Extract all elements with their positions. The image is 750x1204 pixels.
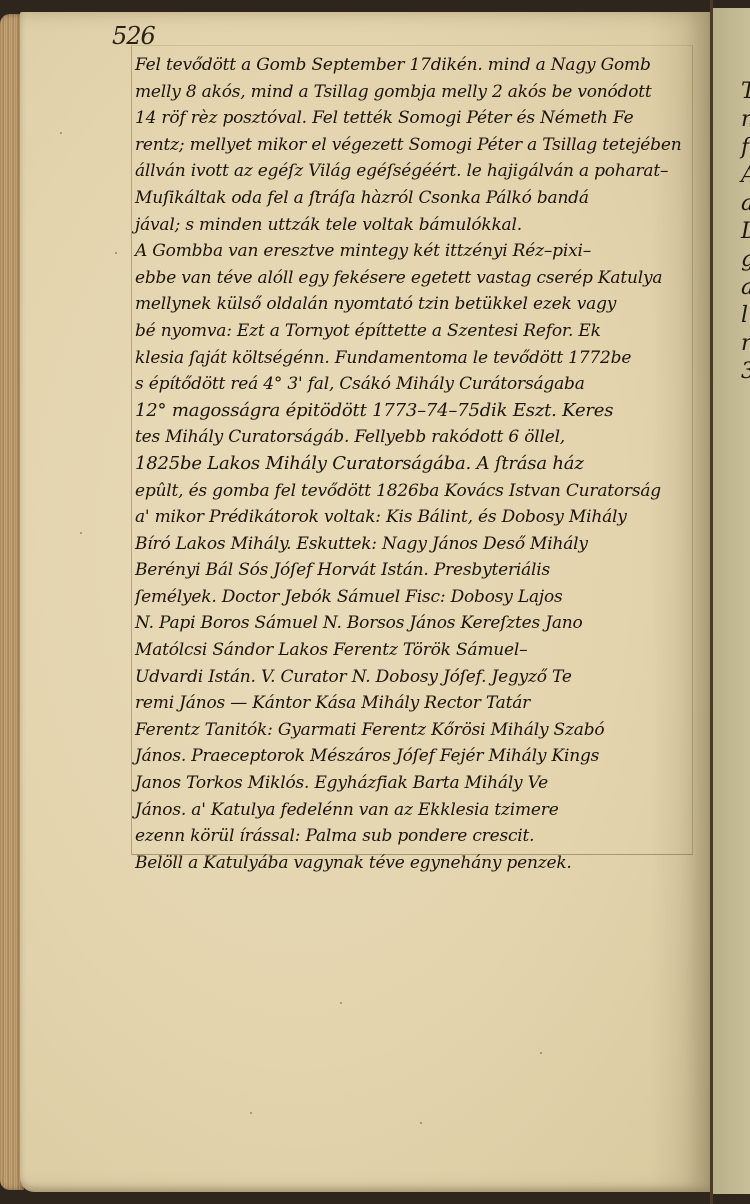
text-line: bé nyomva: Ezt a Tornyot építtette a Sze… xyxy=(135,318,705,345)
text-line: s építődött reá 4° 3' fal, Csákó Mihály … xyxy=(135,371,705,398)
text-line: Belöll a Katulyába vagynak téve egynehán… xyxy=(135,850,705,877)
text-line: rentz; mellyet mikor el végezett Somogi … xyxy=(135,132,705,159)
text-line: ezenn körül írással: Palma sub pondere c… xyxy=(135,823,705,850)
text-line: N. Papi Boros Sámuel N. Borsos János Ker… xyxy=(135,610,705,637)
text-line: János. Praeceptorok Mészáros Jóſef Fejér… xyxy=(135,743,705,770)
facing-page-fragments: T n f A a D g a l r 3 xyxy=(741,78,750,386)
text-line: Berényi Bál Sós Jóſef Horvát Istán. Pres… xyxy=(135,557,705,584)
text-line: Janos Torkos Miklós. Egyházfiak Barta Mi… xyxy=(135,770,705,797)
text-line: Muſikáltak oda fel a ſtráſa hàzról Csonk… xyxy=(135,185,705,212)
text-line: ebbe van téve alóll egy fekésere egetett… xyxy=(135,265,705,292)
text-line: remi János — Kántor Kása Mihály Rector T… xyxy=(135,690,705,717)
text-line: Matólcsi Sándor Lakos Ferentz Török Sámu… xyxy=(135,637,705,664)
text-line: A Gombba van eresztve mintegy két ittzén… xyxy=(135,238,705,265)
text-line: 12° magosságra épitödött 1773–74–75dik E… xyxy=(135,398,705,425)
text-line: mellynek külső oldalán nyomtató tzin bet… xyxy=(135,291,705,318)
manuscript-text: Fel tevődött a Gomb September 17dikén. m… xyxy=(135,52,705,876)
text-line: Fel tevődött a Gomb September 17dikén. m… xyxy=(135,52,705,79)
facing-page-edge: T n f A a D g a l r 3 xyxy=(713,8,750,1194)
text-line: tes Mihály Curatorságáb. Fellyebb rakódo… xyxy=(135,424,705,451)
text-line: Ferentz Tanitók: Gyarmati Ferentz Kőrösi… xyxy=(135,717,705,744)
text-line: Udvardi Istán. V. Curator N. Dobosy Jóſe… xyxy=(135,664,705,691)
text-line: ſemélyek. Doctor Jebók Sámuel Fisc: Dobo… xyxy=(135,584,705,611)
paper-speck xyxy=(340,1002,342,1004)
paper-speck xyxy=(115,252,117,254)
text-line: jával; s minden uttzák tele voltak bámul… xyxy=(135,212,705,239)
paper-speck xyxy=(60,132,62,134)
text-line: a' mikor Prédikátorok voltak: Kis Bálint… xyxy=(135,504,705,531)
text-line: állván ivott az egéſz Világ egéſségéért.… xyxy=(135,158,705,185)
text-line: Bíró Lakos Mihály. Eskuttek: Nagy János … xyxy=(135,531,705,558)
text-line: János. a' Katulya fedelénn van az Ekkles… xyxy=(135,797,705,824)
paper-speck xyxy=(250,1112,252,1114)
paper-speck xyxy=(540,1052,542,1054)
text-line: 1825be Lakos Mihály Curatorságába. A ſtr… xyxy=(135,451,705,478)
paper-speck xyxy=(420,1122,422,1124)
book-spread: 526 Fel tevődött a Gomb September 17diké… xyxy=(0,0,750,1204)
text-line: klesia ſaját költségénn. Fundamentoma le… xyxy=(135,345,705,372)
text-line: epûlt, és gomba fel tevődött 1826ba Ková… xyxy=(135,478,705,505)
text-line: 14 röf rèz posztóval. Fel tették Somogi … xyxy=(135,105,705,132)
text-line: melly 8 akós, mind a Tsillag gombja mell… xyxy=(135,79,705,106)
paper-speck xyxy=(80,532,82,534)
